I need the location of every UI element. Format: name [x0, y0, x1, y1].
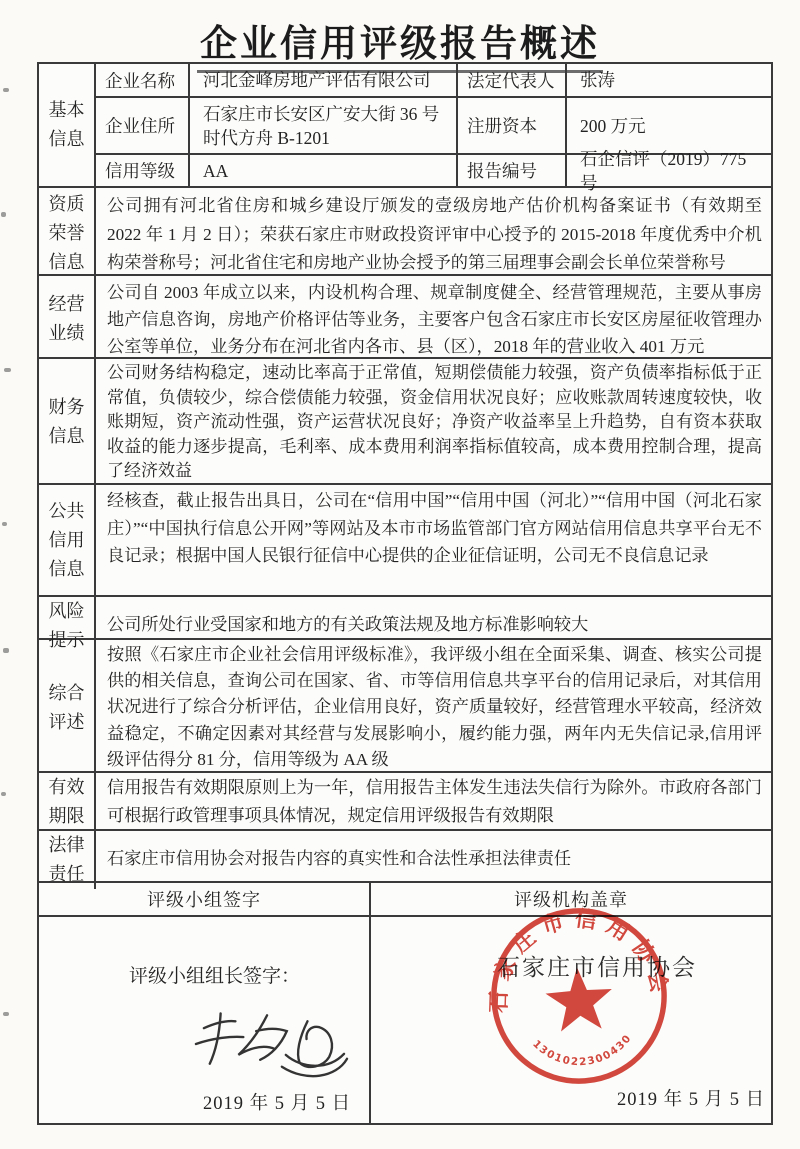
section-label-text: 综合评述 — [47, 679, 87, 737]
scan-artifact — [1, 792, 6, 796]
section-label: 综合评述 — [39, 640, 96, 775]
section-text: 公司自 2003 年成立以来，内设机构合理、规章制度健全、经营管理规范，主要从事… — [96, 276, 771, 362]
section-label: 资质荣誉信息 — [39, 188, 96, 280]
field-label-company-name: 企业名称 — [96, 64, 190, 98]
section-label-text: 资质荣誉信息 — [47, 190, 87, 277]
field-value-report-number: 石企信评（2019）775 号 — [567, 155, 771, 186]
field-label-registered-capital: 注册资本 — [458, 98, 567, 155]
section-label: 经营业绩 — [39, 276, 96, 362]
section-validity-period: 有效期限 信用报告有效期限原则上为一年，信用报告主体发生违法失信行为除外。市政府… — [39, 773, 771, 831]
section-label: 有效期限 — [39, 773, 96, 831]
scan-artifact — [1, 212, 6, 217]
svg-text:1301022300430: 1301022300430 — [530, 1031, 636, 1071]
section-label-text: 基本信息 — [47, 96, 87, 154]
section-label-text: 有效期限 — [47, 773, 87, 831]
footer-body-row: 评级小组组长签字： 2019 年 5 月 5 日 石 — [39, 917, 771, 1123]
section-label-text: 财务信息 — [47, 393, 87, 451]
scan-artifact — [2, 522, 7, 526]
section-text: 公司拥有河北省住房和城乡建设厅颁发的壹级房地产估价机构备案证书（有效期至 202… — [96, 188, 771, 280]
scan-artifact — [4, 368, 11, 372]
seal-star-icon — [544, 965, 615, 1032]
seal-serial-number: 1301022300430 — [530, 1031, 636, 1071]
scan-artifact — [3, 648, 9, 653]
official-red-seal: 石家庄市信用协会 1301022300430 — [479, 896, 680, 1097]
basic-info-block: 基本信息 企业名称 河北金峰房地产评估有限公司 法定代表人 张涛 企业住所 石家… — [39, 64, 771, 188]
section-legal-responsibility: 法律责任 石家庄市信用协会对报告内容的真实性和合法性承担法律责任 — [39, 831, 771, 883]
field-value-address: 石家庄市长安区广安大街 36 号时代方舟 B-1201 — [190, 98, 458, 155]
stamp-date: 2019 年 5 月 5 日 — [617, 1085, 765, 1111]
field-label-address: 企业住所 — [96, 98, 190, 155]
credit-report-table: 基本信息 企业名称 河北金峰房地产评估有限公司 法定代表人 张涛 企业住所 石家… — [37, 62, 773, 1125]
section-public-credit-info: 公共信用信息 经核查，截止报告出具日，公司在“信用中国”“信用中国（河北）”“信… — [39, 485, 771, 597]
section-label: 财务信息 — [39, 359, 96, 486]
scan-artifact — [3, 88, 9, 92]
signature-cell: 评级小组组长签字： 2019 年 5 月 5 日 — [39, 917, 371, 1123]
section-comprehensive-review: 综合评述 按照《石家庄市企业社会信用评级标准》，我评级小组在全面采集、调查、核实… — [39, 640, 771, 773]
section-financial-info: 财务信息 公司财务结构稳定，速动比率高于正常值，短期偿债能力较强，资产负债率指标… — [39, 359, 771, 485]
field-value-credit-grade: AA — [190, 155, 458, 186]
section-risk-notice: 风险提示 公司所处行业受国家和地方的有关政策法规及地方标准影响较大 — [39, 597, 771, 640]
section-label-text: 经营业绩 — [47, 290, 87, 348]
scan-artifact — [3, 1012, 9, 1016]
field-label-credit-grade: 信用等级 — [96, 155, 190, 186]
field-value-company-name: 河北金峰房地产评估有限公司 — [190, 64, 458, 98]
field-value-legal-rep: 张涛 — [567, 64, 771, 98]
section-text: 公司财务结构稳定，速动比率高于正常值，短期偿债能力较强，资产负债率指标低于正常值… — [96, 359, 771, 486]
handwritten-signature — [191, 1003, 349, 1083]
stamp-cell: 石家庄市信用协会 石家庄市信用协会 1301022300430 2019 — [371, 917, 771, 1123]
basic-info-section-label: 基本信息 — [39, 64, 96, 186]
section-text: 经核查，截止报告出具日，公司在“信用中国”“信用中国（河北）”“信用中国（河北石… — [96, 485, 771, 595]
field-label-report-number: 报告编号 — [458, 155, 567, 186]
field-label-legal-rep: 法定代表人 — [458, 64, 567, 98]
section-label-text: 公共信用信息 — [47, 497, 87, 584]
section-label: 公共信用信息 — [39, 485, 96, 595]
section-text: 信用报告有效期限原则上为一年，信用报告主体发生违法失信行为除外。市政府各部门可根… — [96, 773, 771, 831]
section-business-performance: 经营业绩 公司自 2003 年成立以来，内设机构合理、规章制度健全、经营管理规范… — [39, 276, 771, 359]
section-text: 按照《石家庄市企业社会信用评级标准》，我评级小组在全面采集、调查、核实公司提供的… — [96, 640, 771, 775]
sign-column-header: 评级小组签字 — [39, 883, 371, 915]
team-leader-signature-label: 评级小组组长签字： — [129, 961, 300, 988]
section-label: 法律责任 — [39, 831, 96, 889]
scanned-report-page: 企业信用评级报告概述 基本信息 企业名称 河北金峰房地产评估有限公司 法定代表人… — [0, 0, 800, 1149]
section-label-text: 法律责任 — [47, 831, 87, 889]
section-text: 石家庄市信用协会对报告内容的真实性和合法性承担法律责任 — [96, 831, 771, 889]
signature-date: 2019 年 5 月 5 日 — [203, 1089, 351, 1115]
section-qualification-honors: 资质荣誉信息 公司拥有河北省住房和城乡建设厅颁发的壹级房地产估价机构备案证书（有… — [39, 188, 771, 276]
